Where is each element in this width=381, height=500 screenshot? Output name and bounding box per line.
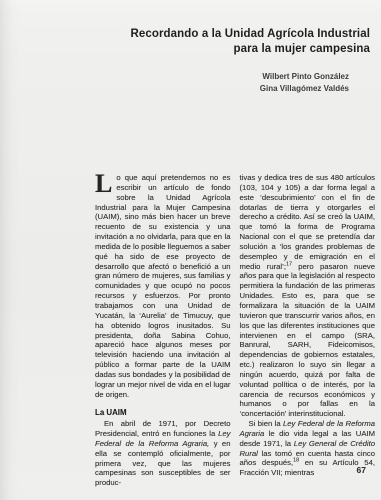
article-body: Lo que aquí pretendemos no es escribir u… (95, 173, 375, 488)
column-right: tivas y dedica tres de sus 480 artículos… (240, 173, 376, 488)
author-block: Wilbert Pinto González Gina Villagómez V… (60, 71, 370, 94)
paragraph-leyes: Si bien la Ley Federal de la Reforma Agr… (240, 419, 376, 478)
paragraph-continuation-text: tivas y dedica tres de sus 480 artículos… (240, 173, 376, 271)
article-header: Recordando a la Unidad Agrícola Industri… (60, 27, 370, 94)
paragraph-uaim: En abril de 1971, por Decreto Presidenci… (95, 419, 231, 488)
paragraph-continuation-text: pero pasaron nueve años para que la legi… (240, 262, 376, 419)
page-number: 67 (357, 465, 366, 475)
article-title-line2: para la mujer campesina (60, 42, 370, 57)
article-title: Recordando a la Unidad Agrícola Industri… (60, 27, 370, 57)
paragraph-leyes-text: Si bien la (249, 419, 284, 428)
paragraph-intro-text: o que aquí pretendemos no es escribir un… (95, 173, 231, 399)
author-name-1: Wilbert Pinto González (60, 71, 349, 83)
article-title-line1: Recordando a la Unidad Agrícola Industri… (60, 27, 370, 42)
paragraph-uaim-text: En abril de 1971, por Decreto Presidenci… (95, 419, 231, 438)
section-heading: La UAIM (95, 408, 231, 418)
paragraph-intro: Lo que aquí pretendemos no es escribir u… (95, 173, 231, 399)
column-left: Lo que aquí pretendemos no es escribir u… (95, 173, 231, 488)
drop-cap: L (95, 173, 116, 193)
author-name-2: Gina Villagómez Valdés (60, 83, 349, 95)
paragraph-continuation: tivas y dedica tres de sus 480 artículos… (240, 173, 376, 419)
scanned-page: Recordando a la Unidad Agrícola Industri… (0, 0, 381, 500)
